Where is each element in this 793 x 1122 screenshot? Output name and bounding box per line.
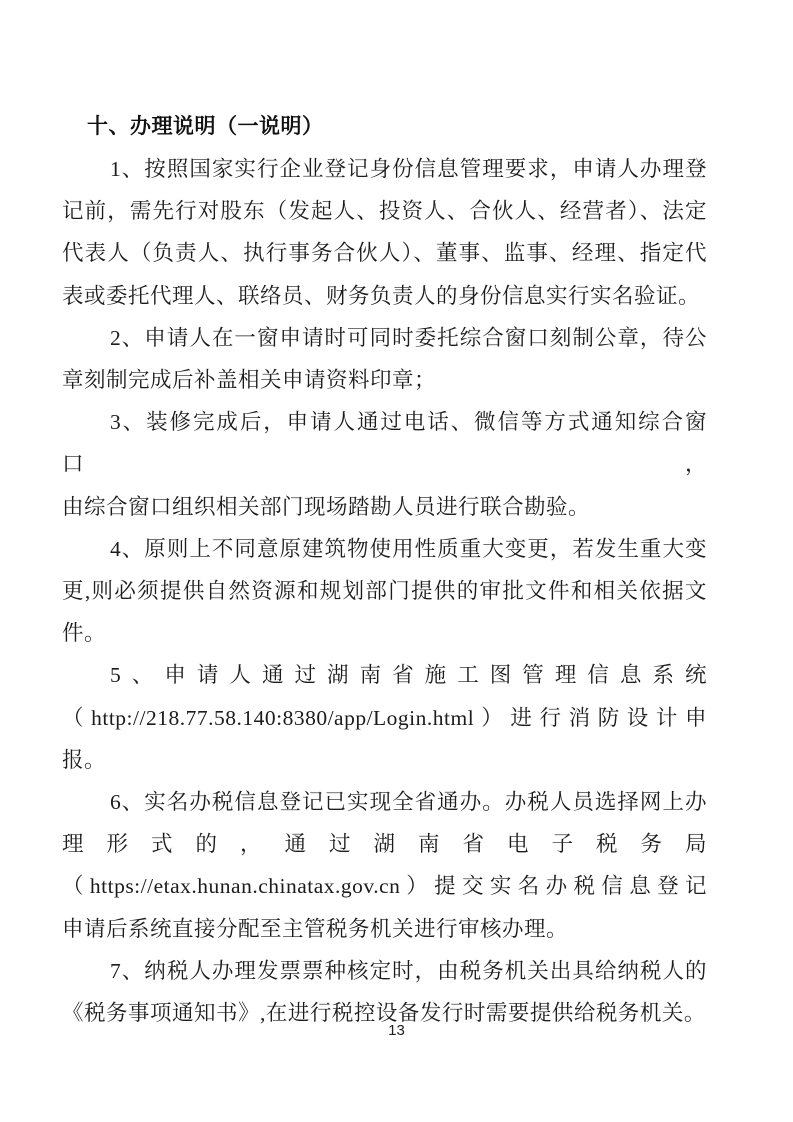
page-number: 13	[0, 1022, 793, 1039]
text-line: 代表人（负责人、执行事务合伙人）、董事、监事、经理、指定代	[62, 232, 707, 274]
text-line: 由综合窗口组织相关部门现场踏勘人员进行联合勘验。	[62, 486, 707, 528]
text-line: 章刻制完成后补盖相关申请资料印章；	[62, 359, 707, 401]
paragraph-1: 1、按照国家实行企业登记身份信息管理要求，申请人办理登 记前，需先行对股东（发起…	[62, 148, 707, 317]
text-line: 报。	[62, 739, 707, 781]
paragraph-2: 2、申请人在一窗申请时可同时委托综合窗口刻制公章，待公 章刻制完成后补盖相关申请…	[62, 317, 707, 401]
text-line: 3、装修完成后，申请人通过电话、微信等方式通知综合窗口，	[62, 401, 707, 485]
section-heading: 十、办理说明（一说明）	[87, 106, 707, 148]
text-line: 5、申请人通过湖南省施工图管理信息系统	[62, 654, 707, 696]
paragraph-5: 5、申请人通过湖南省施工图管理信息系统 （http://218.77.58.14…	[62, 654, 707, 781]
paragraph-4: 4、原则上不同意原建筑物使用性质重大变更，若发生重大变 更,则必须提供自然资源和…	[62, 528, 707, 655]
paragraph-3: 3、装修完成后，申请人通过电话、微信等方式通知综合窗口， 由综合窗口组织相关部门…	[62, 401, 707, 528]
document-page: 十、办理说明（一说明） 1、按照国家实行企业登记身份信息管理要求，申请人办理登 …	[0, 0, 793, 1122]
text-line: 2、申请人在一窗申请时可同时委托综合窗口刻制公章，待公	[62, 317, 707, 359]
text-line: 7、纳税人办理发票票种核定时，由税务机关出具给纳税人的	[62, 950, 707, 992]
text-line: 更,则必须提供自然资源和规划部门提供的审批文件和相关依据文	[62, 570, 707, 612]
text-line: （http://218.77.58.140:8380/app/Login.htm…	[62, 697, 707, 739]
text-line: 申请后系统直接分配至主管税务机关进行审核办理。	[62, 908, 707, 950]
document-content: 十、办理说明（一说明） 1、按照国家实行企业登记身份信息管理要求，申请人办理登 …	[62, 106, 707, 1034]
paragraph-6: 6、实名办税信息登记已实现全省通办。办税人员选择网上办 理形式的，通过湖南省电子…	[62, 781, 707, 950]
text-line: （https://etax.hunan.chinatax.gov.cn）提交实名…	[62, 865, 707, 907]
text-line: 4、原则上不同意原建筑物使用性质重大变更，若发生重大变	[62, 528, 707, 570]
text-line: 记前，需先行对股东（发起人、投资人、合伙人、经营者）、法定	[62, 190, 707, 232]
text-line: 表或委托代理人、联络员、财务负责人的身份信息实行实名验证。	[62, 275, 707, 317]
text-line: 1、按照国家实行企业登记身份信息管理要求，申请人办理登	[62, 148, 707, 190]
text-line: 理形式的，通过湖南省电子税务局	[62, 823, 707, 865]
text-line: 6、实名办税信息登记已实现全省通办。办税人员选择网上办	[62, 781, 707, 823]
text-line: 件。	[62, 612, 707, 654]
